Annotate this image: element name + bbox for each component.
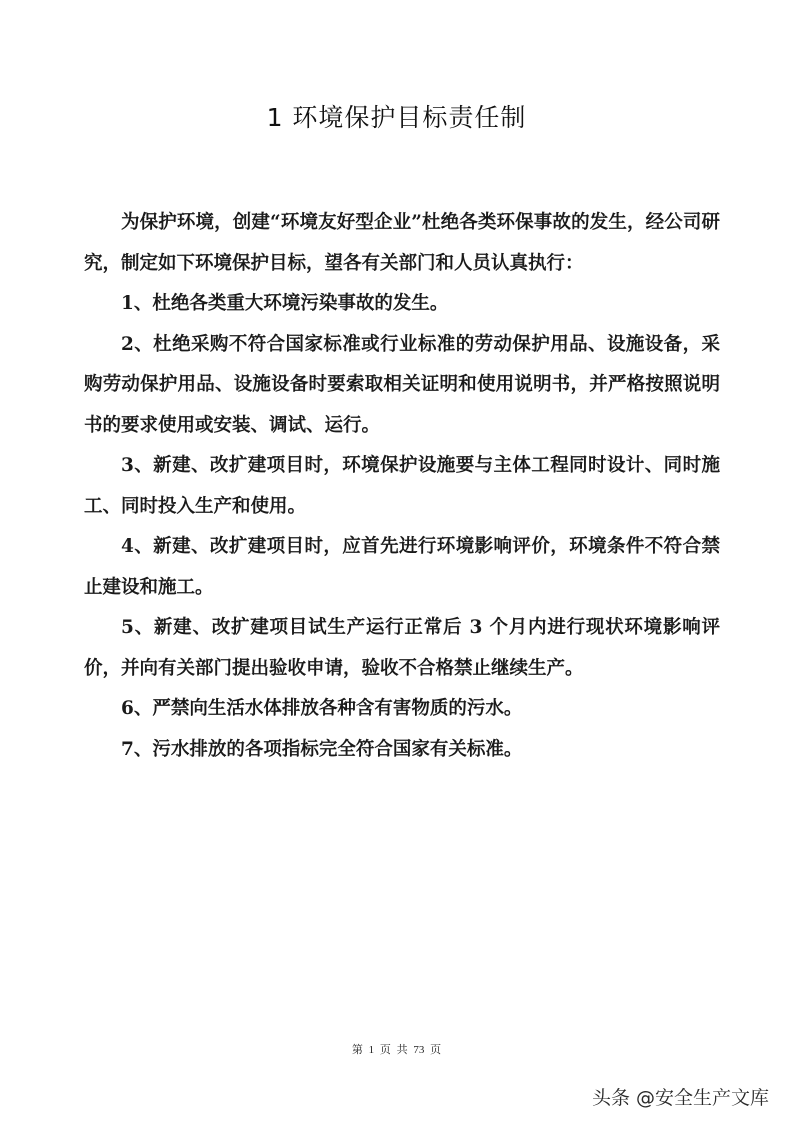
target-item-3: 3、新建、改扩建项目时，环境保护设施要与主体工程同时设计、同时施工、同时投入生产… <box>84 446 720 527</box>
target-item-5: 5、新建、改扩建项目试生产运行正常后 3 个月内进行现状环境影响评价，并向有关部… <box>84 608 720 689</box>
target-item-1: 1、杜绝各类重大环境污染事故的发生。 <box>84 284 720 325</box>
target-item-4: 4、新建、改扩建项目时，应首先进行环境影响评价，环境条件不符合禁止建设和施工。 <box>84 527 720 608</box>
source-watermark: 头条 @安全生产文库 <box>592 1083 769 1110</box>
document-title: 1 环境保护目标责任制 <box>0 98 793 138</box>
target-item-6: 6、严禁向生活水体排放各种含有害物质的污水。 <box>84 689 720 730</box>
target-item-7: 7、污水排放的各项指标完全符合国家有关标准。 <box>84 730 720 771</box>
page-number-footer: 第 1 页 共 73 页 <box>0 1041 793 1057</box>
document-body: 为保护环境，创建“环境友好型企业”杜绝各类环保事故的发生，经公司研究，制定如下环… <box>84 203 720 770</box>
intro-paragraph: 为保护环境，创建“环境友好型企业”杜绝各类环保事故的发生，经公司研究，制定如下环… <box>84 203 720 284</box>
document-page: 1 环境保护目标责任制 为保护环境，创建“环境友好型企业”杜绝各类环保事故的发生… <box>0 0 793 1122</box>
target-item-2: 2、杜绝采购不符合国家标准或行业标准的劳动保护用品、设施设备，采购劳动保护用品、… <box>84 325 720 447</box>
